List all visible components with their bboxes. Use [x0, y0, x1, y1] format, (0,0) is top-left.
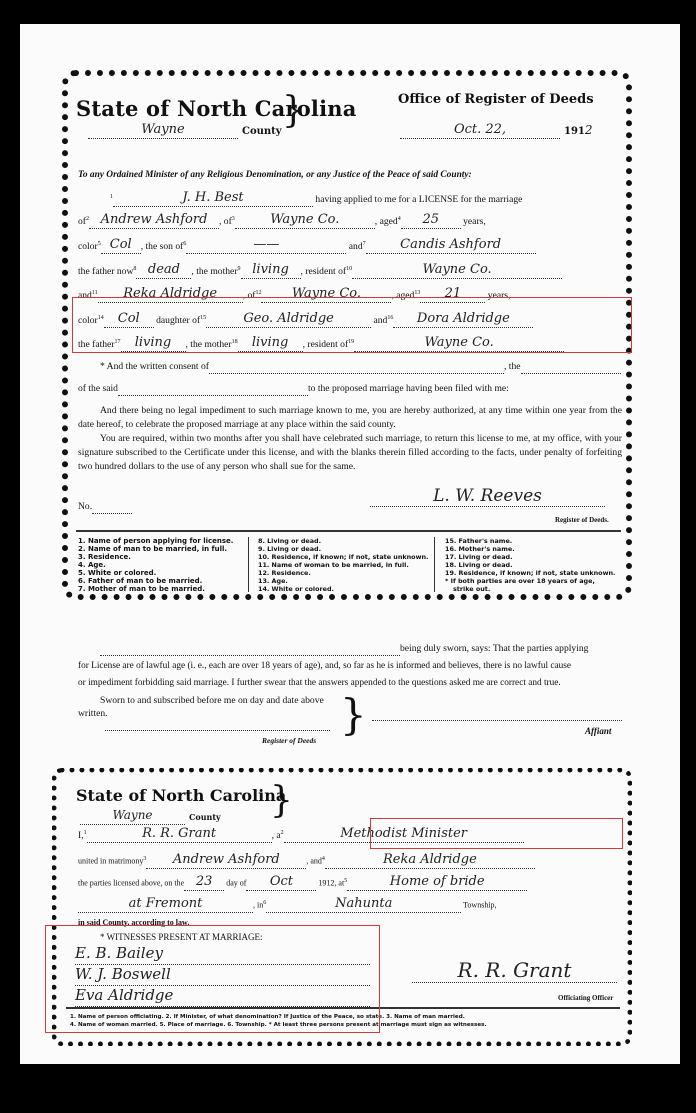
divider	[76, 530, 621, 532]
consent-line-2: of the saidto the proposed marriage havi…	[78, 382, 509, 396]
date-place-line: the parties licensed above, on the23 day…	[78, 874, 527, 891]
register-label: Register of Deeds	[262, 736, 316, 745]
highlight-bride-parents	[72, 297, 632, 353]
brace: }	[270, 780, 293, 821]
affidavit-line-1: being duly sworn, says: That the parties…	[100, 642, 588, 656]
affidavit-line-2: for License are of lawful age (i. e., ea…	[78, 659, 571, 673]
legend-column-3: 15. Father's name.16. Mother's name.17. …	[445, 537, 625, 593]
groom-line-3: the father now8dead, the mother9living, …	[78, 262, 562, 279]
legend-column-2: 8. Living or dead.9. Living or dead.10. …	[258, 537, 443, 593]
officiating-officer-label: Officiating Officer	[558, 994, 613, 1002]
brace: }	[340, 690, 367, 739]
brace: }	[282, 90, 305, 131]
officiant-signature-line: R. R. Grant	[412, 958, 617, 983]
township-line: at Fremont, in6Nahunta Township,	[78, 896, 497, 913]
applicant-line: 1J. H. Best having applied to me for a L…	[110, 190, 522, 207]
register-sign-line	[105, 730, 330, 731]
legend-divider	[248, 537, 249, 592]
county-field: Wayne	[88, 120, 238, 139]
certificate-county-line: Wayne County	[80, 806, 221, 825]
legend-divider	[434, 537, 435, 592]
sworn-written: written.	[78, 707, 108, 721]
office-title: Office of Register of Deeds	[398, 92, 594, 107]
license-number: No.	[78, 500, 132, 514]
date-line: Oct. 22, 1912	[400, 120, 593, 139]
affiant-sign-line	[372, 720, 622, 721]
address-line: To any Ordained Minister of any Religiou…	[78, 170, 472, 180]
authorization-paragraph: And there being no legal impediment to s…	[78, 404, 622, 432]
sworn-line: Sworn to and subscribed before me on day…	[100, 694, 324, 708]
date-field: Oct. 22,	[400, 120, 560, 139]
affidavit-line-3: or impediment forbidding said marriage. …	[78, 676, 561, 690]
county-line: Wayne County	[88, 120, 282, 139]
groom-line-1: of2Andrew Ashford, of3Wayne Co., aged425…	[78, 212, 486, 229]
highlight-witnesses	[45, 925, 380, 1033]
groom-line-2: color5Col, the son of6—— and7Candis Ashf…	[78, 237, 536, 254]
consent-line-1: * And the written consent of, the	[100, 360, 621, 374]
register-signature-line: L. W. Reeves	[370, 486, 605, 507]
united-line: united in matrimony3Andrew Ashford, and4…	[78, 852, 535, 869]
requirement-paragraph: You are required, within two months afte…	[78, 432, 622, 474]
state-title: State of North Carolina	[76, 96, 357, 121]
register-label: Register of Deeds.	[555, 516, 609, 524]
certificate-state-title: State of North Carolina	[76, 786, 286, 805]
highlight-denomination	[370, 818, 623, 849]
affiant-label: Affiant	[585, 726, 611, 736]
legend-column-1: 1. Name of person applying for license.2…	[78, 537, 253, 593]
